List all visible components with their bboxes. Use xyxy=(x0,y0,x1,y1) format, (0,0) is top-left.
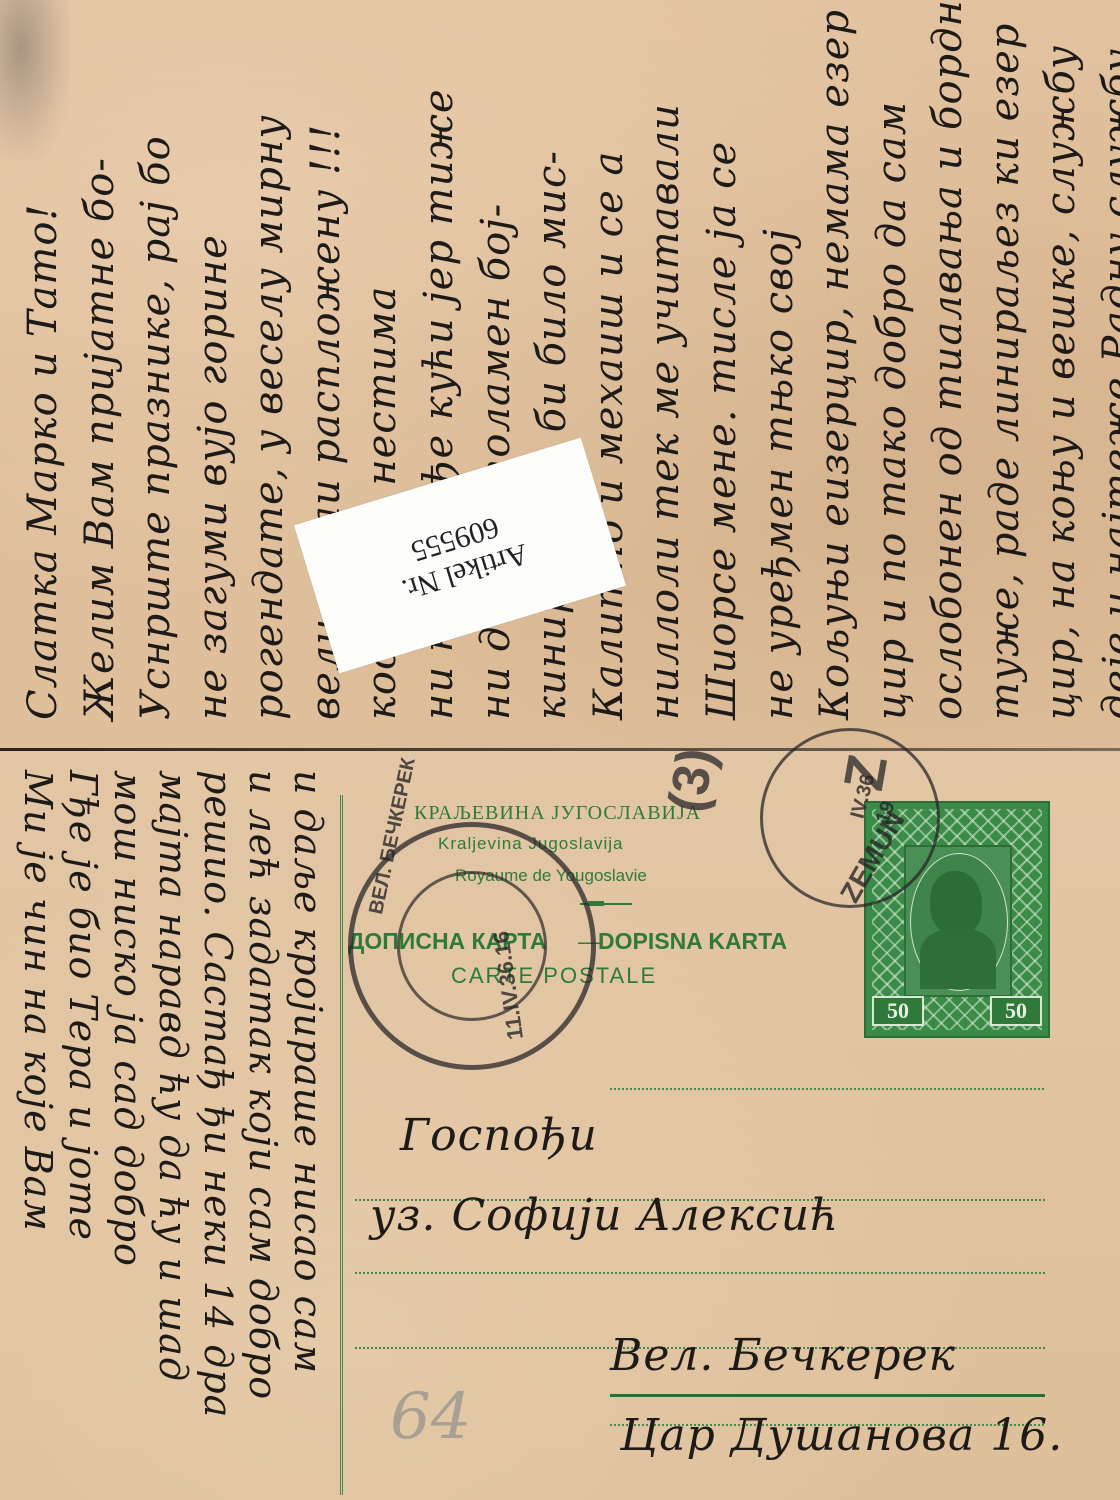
pencil-note: 64 xyxy=(390,1380,471,1454)
address-line-2 xyxy=(355,1272,1045,1274)
front-handwriting-line: Ми је чин на које Вам xyxy=(16,770,60,1232)
address-line-top xyxy=(610,1088,1045,1090)
address-recipient-title: Госпођи xyxy=(400,1110,598,1161)
back-handwriting-line: не уређмен тњко свој xyxy=(756,228,802,720)
back-handwriting-line: деје и најтеже Радну службу xyxy=(1095,48,1120,720)
vertical-divider-line xyxy=(340,795,343,1495)
city-underline xyxy=(610,1394,1045,1397)
front-handwriting-line: мајта наравд ћу да ћу и шад xyxy=(151,770,195,1382)
portrait-head-icon xyxy=(930,871,982,935)
portrait-body-icon xyxy=(920,929,996,989)
stamp-value-right: 50 xyxy=(990,996,1042,1026)
front-handwriting-line: мош ниско ја сад добро xyxy=(106,770,150,1267)
front-handwriting-line: решио. Састађ ђи неки 14 дра xyxy=(196,770,240,1418)
stamp-value-left: 50 xyxy=(872,996,924,1026)
back-handwriting-line: кинироћа да би било мис- xyxy=(529,150,575,720)
back-handwriting-line: туже, раде линираљез ки езер xyxy=(982,23,1028,720)
back-handwriting-line: Кољуњи еизерцир, немама езер xyxy=(812,9,858,720)
back-handwriting-line: Уснрште празнике, рај бо xyxy=(133,135,179,720)
back-handwriting-line: Слатка Марко и Тато! xyxy=(20,204,66,720)
address-city: Вел. Бечкерек xyxy=(610,1330,956,1381)
water-stain xyxy=(0,0,70,160)
address-street: Цар Душанова 16. xyxy=(620,1410,1063,1461)
back-handwriting-line: цир, на коњу и вешке, службу xyxy=(1038,45,1084,720)
front-handwriting-line: и даље кројираше нисао сам xyxy=(286,770,330,1374)
back-handwriting-line: ослобонен од тиалвања и бордне xyxy=(925,0,971,720)
postmark-left-date: 11.IV.36.16 xyxy=(488,929,529,1041)
back-handwriting-line: цир и по тако добро да сам xyxy=(869,101,915,720)
back-handwriting-line: рогендате, у веселу мирну xyxy=(246,114,292,720)
back-handwriting-line: Шиорсе мене. тисле ја се xyxy=(699,141,745,720)
back-handwriting-line: ниллоли тек ме учитавали xyxy=(642,103,688,720)
front-handwriting-line: Гђе је био Тера и јоте xyxy=(61,770,105,1241)
back-handwriting-line: Желим Вам пријатне бо- xyxy=(77,157,123,720)
back-handwriting-line: не загуми вујо горине xyxy=(190,234,236,720)
card-type-latin: DOPISNA KARTA xyxy=(598,928,787,955)
postmark-right-city: ZEMUN xyxy=(834,806,911,908)
front-handwriting-line: и лећ задатак који сам добро xyxy=(241,770,285,1400)
back-handwriting-line: Калитно и мехаиш и се а xyxy=(586,151,632,720)
postmark-mark-left: (3) xyxy=(657,743,727,816)
address-recipient-name: уз. Софији Алексић xyxy=(370,1190,839,1241)
